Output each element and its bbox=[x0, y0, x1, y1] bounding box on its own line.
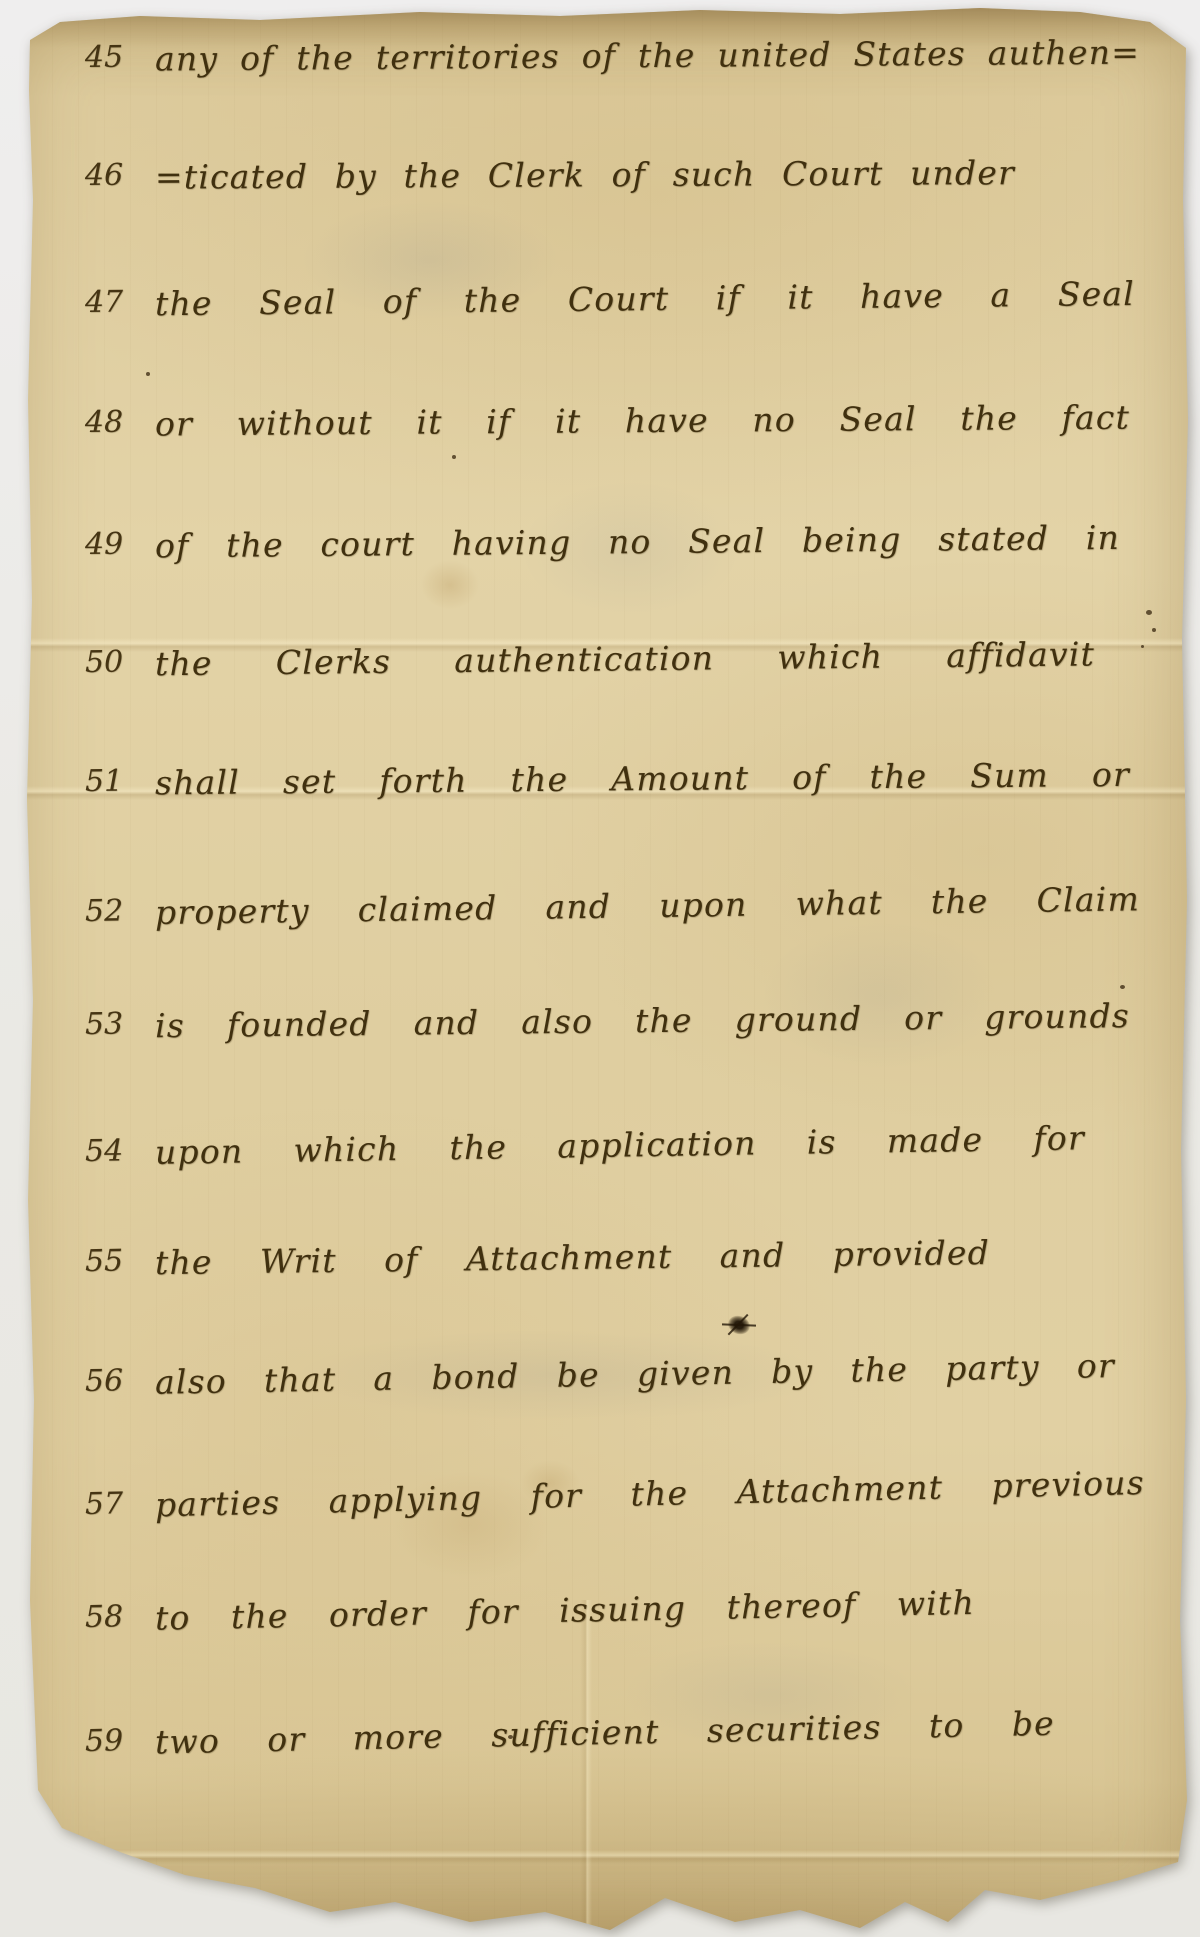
manuscript-line: 57parties applying for the Attachment pr… bbox=[85, 1463, 1146, 1526]
line-text: the Seal of the Court if it have a Seal bbox=[155, 274, 1135, 323]
ink-blot bbox=[726, 1313, 753, 1337]
line-text: to the order for issuing thereof with bbox=[155, 1583, 976, 1638]
manuscript-line: 54upon which the application is made for bbox=[85, 1118, 1085, 1173]
line-number: 59 bbox=[85, 1723, 156, 1759]
manuscript-line: 50the Clerks authentication which affida… bbox=[85, 634, 1095, 684]
line-text: =ticated by the Clerk of such Court unde… bbox=[155, 153, 1015, 197]
line-number: 47 bbox=[85, 284, 155, 320]
line-text: parties applying for the Attachment prev… bbox=[155, 1463, 1146, 1524]
line-number: 49 bbox=[85, 526, 155, 562]
manuscript-line: 58to the order for issuing thereof with bbox=[85, 1583, 976, 1639]
stain bbox=[420, 560, 480, 610]
line-text: any of the territories of the united Sta… bbox=[155, 33, 1140, 79]
line-text: property claimed and upon what the Claim bbox=[155, 879, 1140, 932]
ink-speck bbox=[1120, 985, 1125, 989]
line-number: 54 bbox=[85, 1133, 156, 1169]
paper-fleck bbox=[452, 455, 456, 459]
ink-speck bbox=[1141, 645, 1144, 648]
line-number: 56 bbox=[85, 1363, 156, 1399]
manuscript-line: 52property claimed and upon what the Cla… bbox=[85, 879, 1140, 933]
manuscript-line: 55the Writ of Attachment and provided bbox=[85, 1233, 990, 1283]
fold-crease bbox=[0, 1850, 1200, 1864]
fold-crease bbox=[580, 1600, 592, 1930]
line-text: shall set forth the Amount of the Sum or bbox=[155, 755, 1130, 803]
line-text: upon which the application is made for bbox=[155, 1118, 1085, 1172]
line-number: 57 bbox=[85, 1485, 156, 1522]
line-text: or without it if it have no Seal the fac… bbox=[155, 398, 1130, 444]
manuscript-line: 47the Seal of the Court if it have a Sea… bbox=[85, 274, 1135, 324]
manuscript-line: 56also that a bond be given by the party… bbox=[85, 1346, 1116, 1403]
ink-speck bbox=[146, 372, 150, 376]
manuscript-line: 46=ticated by the Clerk of such Court un… bbox=[85, 153, 1015, 197]
ink-speck bbox=[1146, 610, 1152, 615]
manuscript-line: 49of the court having no Seal being stat… bbox=[85, 518, 1120, 566]
line-text: two or more sufficient securities to be bbox=[155, 1704, 1056, 1762]
scan-backdrop: 45any of the territories of the united S… bbox=[0, 0, 1200, 1937]
manuscript-line: 45any of the territories of the united S… bbox=[85, 33, 1140, 79]
line-text: the Writ of Attachment and provided bbox=[155, 1233, 990, 1282]
paper-shadow-wrap: 45any of the territories of the united S… bbox=[0, 0, 1200, 1937]
line-number: 53 bbox=[85, 1006, 155, 1042]
line-text: of the court having no Seal being stated… bbox=[155, 518, 1120, 565]
line-number: 51 bbox=[85, 763, 155, 799]
line-text: is founded and also the ground or ground… bbox=[155, 996, 1130, 1045]
line-number: 46 bbox=[85, 158, 155, 193]
line-number: 58 bbox=[85, 1599, 156, 1635]
ink-speck bbox=[1152, 628, 1156, 632]
line-text: also that a bond be given by the party o… bbox=[155, 1346, 1116, 1402]
graphite-smudge bbox=[760, 920, 1000, 1070]
line-number: 52 bbox=[85, 893, 155, 929]
line-text: the Clerks authentication which affidavi… bbox=[155, 634, 1095, 683]
line-number: 55 bbox=[85, 1243, 155, 1279]
line-number: 48 bbox=[85, 405, 155, 440]
manuscript-line: 48or without it if it have no Seal the f… bbox=[85, 398, 1130, 444]
manuscript-line: 53is founded and also the ground or grou… bbox=[85, 996, 1130, 1046]
line-number: 45 bbox=[85, 40, 155, 75]
manuscript-page: 45any of the territories of the united S… bbox=[0, 0, 1200, 1937]
manuscript-line: 51shall set forth the Amount of the Sum … bbox=[85, 755, 1130, 803]
manuscript-line: 59two or more sufficient securities to b… bbox=[85, 1704, 1056, 1763]
line-number: 50 bbox=[85, 644, 155, 680]
